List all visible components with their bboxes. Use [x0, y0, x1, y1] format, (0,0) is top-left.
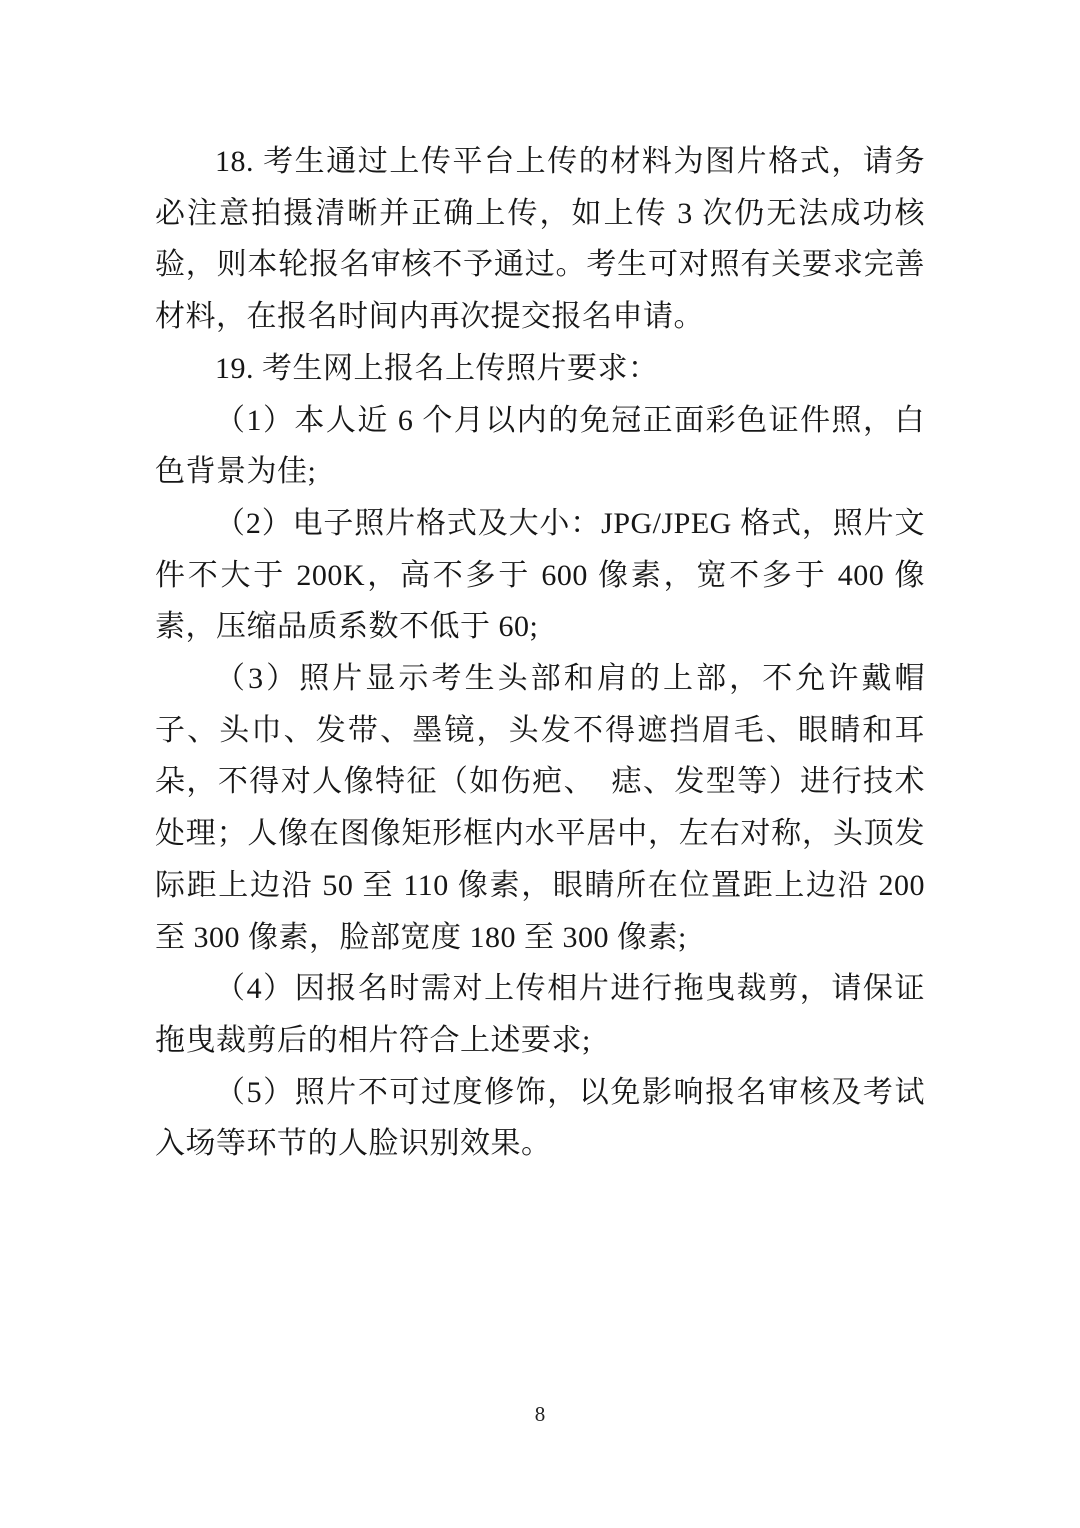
page-footer: 8: [0, 1402, 1080, 1427]
document-body: 18. 考生通过上传平台上传的材料为图片格式，请务必注意拍摄清晰并正确上传，如上…: [155, 136, 925, 1170]
paragraph-19-item-5: （5）照片不可过度修饰，以免影响报名审核及考试入场等环节的人脸识别效果。: [155, 1067, 925, 1170]
page-number: 8: [535, 1402, 546, 1426]
paragraph-18: 18. 考生通过上传平台上传的材料为图片格式，请务必注意拍摄清晰并正确上传，如上…: [155, 136, 925, 343]
paragraph-19-item-2: （2）电子照片格式及大小：JPG/JPEG 格式，照片文件不大于 200K，高不…: [155, 498, 925, 653]
paragraph-19: 19. 考生网上报名上传照片要求：: [155, 343, 925, 395]
paragraph-19-item-3: （3）照片显示考生头部和肩的上部，不允许戴帽子、头巾、发带、墨镜，头发不得遮挡眉…: [155, 653, 925, 963]
document-page: 18. 考生通过上传平台上传的材料为图片格式，请务必注意拍摄清晰并正确上传，如上…: [0, 0, 1080, 1528]
paragraph-19-item-4: （4）因报名时需对上传相片进行拖曳裁剪，请保证拖曳裁剪后的相片符合上述要求;: [155, 963, 925, 1066]
paragraph-19-item-1: （1）本人近 6 个月以内的免冠正面彩色证件照，白色背景为佳;: [155, 395, 925, 498]
